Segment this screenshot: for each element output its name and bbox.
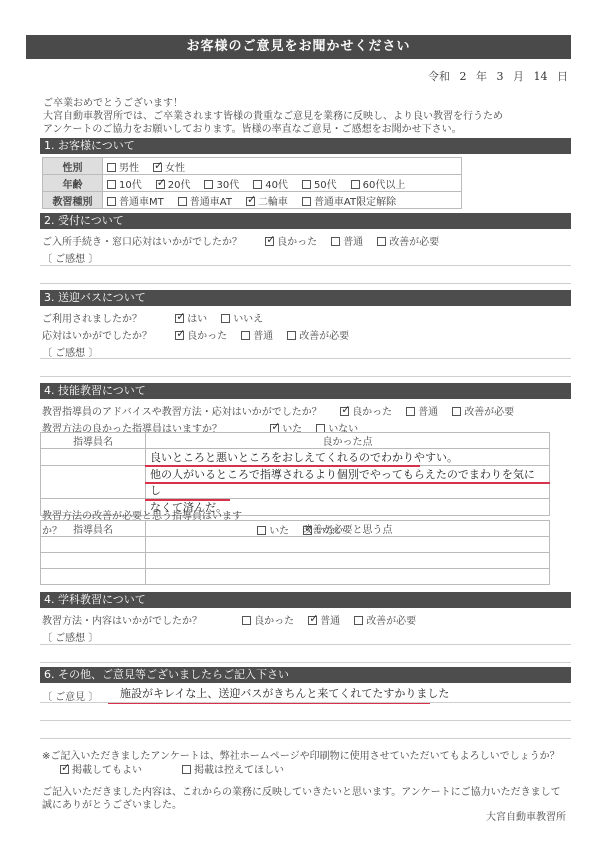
instructor-name-cell[interactable] [41, 449, 146, 466]
checkbox-option[interactable]: 40代 [253, 176, 288, 191]
unchecked-box-icon[interactable] [351, 180, 360, 189]
date-month-unit: 月 [513, 70, 524, 83]
reception-question-row: ご入所手続き・窓口応対はいかがでしたか？ 良かった普通改善が必要 [42, 233, 453, 248]
unchecked-box-icon[interactable] [331, 237, 340, 246]
unchecked-box-icon[interactable] [406, 407, 415, 416]
unchecked-box-icon[interactable] [107, 180, 116, 189]
checkbox-label: 10代 [119, 180, 142, 191]
unchecked-box-icon[interactable] [452, 407, 461, 416]
highlight-underline-1 [145, 465, 420, 467]
checkbox-option[interactable]: いいえ [221, 310, 263, 325]
checked-box-icon[interactable] [60, 765, 69, 774]
table-row [41, 553, 550, 569]
unchecked-box-icon[interactable] [302, 180, 311, 189]
improve-point-cell[interactable] [146, 537, 550, 553]
instructor-rating-row: 教習指導員のアドバイスや教習方法・応対はいかがでしたか？ 良かった普通改善が必要 [42, 403, 528, 418]
unchecked-box-icon[interactable] [287, 331, 296, 340]
section-4-header: 4. 技能教習について [40, 383, 571, 399]
bus-comment-label: 〔 ご感想 〕 [42, 344, 98, 359]
unchecked-box-icon[interactable] [182, 765, 191, 774]
checkbox-option[interactable]: 60代以上 [351, 176, 406, 191]
reception-comment-line-2[interactable] [40, 283, 571, 284]
consent-options: 掲載してもよい掲載は控えてほしい [60, 764, 324, 777]
checkbox-option[interactable]: 改善が必要 [377, 233, 439, 248]
unchecked-box-icon[interactable] [377, 237, 386, 246]
reception-comment-label: 〔 ご感想 〕 [42, 250, 98, 265]
consent-question: ※ご記入いただきましたアンケートは、弊社ホームページや印刷物に使用させていただい… [42, 750, 560, 763]
date-year-unit: 年 [476, 70, 487, 83]
checkbox-option[interactable]: 50代 [302, 176, 337, 191]
instructor-name-cell[interactable] [41, 466, 146, 499]
unchecked-box-icon[interactable] [204, 180, 213, 189]
unchecked-box-icon[interactable] [302, 197, 311, 206]
gender-label: 性別 [43, 158, 103, 175]
improve-point-cell[interactable] [146, 569, 550, 585]
checkbox-label: 改善が必要 [389, 237, 439, 248]
gender-options: 男性女性 [103, 158, 462, 175]
instructor-name-header: 指導員名 [41, 433, 146, 449]
checkbox-option[interactable]: 改善が必要 [452, 403, 514, 418]
checkbox-label: 普通 [320, 616, 340, 627]
checkbox-label: はい [187, 314, 207, 325]
checkbox-option[interactable]: 良かった [242, 612, 294, 627]
improve-point-cell[interactable] [146, 553, 550, 569]
good-points-header: 指導員名 良かった点 [41, 433, 550, 449]
checkbox-option[interactable]: 良かった [265, 233, 317, 248]
course-type-label: 教習種別 [43, 192, 103, 209]
checked-box-icon[interactable] [265, 237, 274, 246]
checked-box-icon[interactable] [175, 314, 184, 323]
school-signature: 大宮自動車教習所 [0, 811, 566, 824]
unchecked-box-icon[interactable] [107, 163, 116, 172]
bus-service-options: 良かった普通改善が必要 [175, 331, 363, 342]
checkbox-option[interactable]: 改善が必要 [354, 612, 416, 627]
unchecked-box-icon[interactable] [242, 616, 251, 625]
section-3-header: 3. 送迎バスについて [40, 290, 571, 306]
instructor-name-header: 指導員名 [41, 521, 146, 537]
unchecked-box-icon[interactable] [253, 180, 262, 189]
improve-points-table: 指導員名 改善が必要と思う点 [40, 520, 550, 585]
checkbox-label: 普通 [418, 407, 438, 418]
checkbox-option[interactable]: 掲載は控えてほしい [182, 764, 284, 777]
table-row: 良いところと悪いところをおしえてくれるのでわかりやすい。 [41, 449, 550, 466]
instructor-rating-options: 良かった普通改善が必要 [340, 407, 528, 418]
checkbox-option[interactable]: 10代 [107, 176, 142, 191]
customer-info-table: 性別 男性女性 年齢 10代20代30代40代50代60代以上 教習種別 普通車… [42, 157, 462, 209]
good-points-table: 指導員名 良かった点 良いところと悪いところをおしえてくれるのでわかりやすい。 … [40, 432, 550, 516]
classroom-options: 良かった普通改善が必要 [242, 616, 430, 627]
opinion-line-3[interactable] [40, 738, 571, 739]
good-points-header-cell: 良かった点 [146, 433, 550, 449]
checkbox-option[interactable]: 男性 [107, 159, 139, 174]
bus-usage-options: はいいいえ [175, 314, 277, 325]
table-row [41, 569, 550, 585]
reception-comment-line-1[interactable] [40, 265, 571, 266]
age-row: 年齢 10代20代30代40代50代60代以上 [43, 175, 462, 192]
checkbox-option[interactable]: 女性 [153, 159, 185, 174]
unchecked-box-icon[interactable] [107, 197, 116, 206]
classroom-comment-line-2[interactable] [40, 662, 571, 663]
highlight-underline-2 [145, 482, 550, 484]
checkbox-label: 50代 [314, 180, 337, 191]
checkbox-label: 良かった [254, 616, 294, 627]
instructor-rating-question: 教習指導員のアドバイスや教習方法・応対はいかがでしたか？ [42, 403, 337, 418]
instructor-name-cell[interactable] [41, 553, 146, 569]
date-month[interactable]: 3 [497, 70, 504, 83]
checkbox-option[interactable]: 二輪車 [246, 193, 288, 208]
checked-box-icon[interactable] [153, 163, 162, 172]
checkbox-label: 普通 [343, 237, 363, 248]
section-1-header: 1. お客様について [40, 138, 571, 154]
checkbox-option[interactable]: 良かった [175, 327, 227, 342]
checkbox-label: 30代 [216, 180, 239, 191]
checkbox-label: 改善が必要 [464, 407, 514, 418]
reception-options: 良かった普通改善が必要 [265, 237, 453, 248]
gender-row: 性別 男性女性 [43, 158, 462, 175]
bus-comment-line-2[interactable] [40, 376, 571, 377]
checkbox-label: 改善が必要 [299, 331, 349, 342]
checkbox-label: 改善が必要 [366, 616, 416, 627]
instructor-name-cell[interactable] [41, 537, 146, 553]
checked-box-icon[interactable] [340, 407, 349, 416]
checkbox-option[interactable]: 掲載してもよい [60, 764, 142, 777]
date-day[interactable]: 14 [534, 70, 548, 83]
checkbox-label: いいえ [233, 314, 263, 325]
checkbox-option[interactable]: 普通車AT限定解除 [302, 193, 396, 208]
checkbox-label: 女性 [165, 163, 185, 174]
bus-service-row: 応対はいかがでしたか？ 良かった普通改善が必要 [42, 327, 363, 342]
checkbox-label: 普通車AT限定解除 [314, 197, 396, 208]
form-title: お客様のご意見をお聞かせください [26, 35, 571, 59]
date-era: 令和 [428, 70, 450, 83]
bus-comment-line-1[interactable] [40, 358, 571, 359]
closing-line-1: ご記入いただきました内容は、これからの業務に反映していきたいと思います。アンケー… [42, 786, 561, 799]
checkbox-option[interactable]: 普通 [308, 612, 340, 627]
checkbox-label: 二輪車 [258, 197, 288, 208]
checkbox-option[interactable]: はい [175, 310, 207, 325]
checkbox-label: 普通車AT [190, 197, 232, 208]
date-line: 令和 2 年 3 月 14 日 [0, 68, 568, 84]
opinion-line-2[interactable] [40, 720, 571, 721]
checkbox-option[interactable]: 普通車MT [107, 193, 164, 208]
age-label: 年齢 [43, 175, 103, 192]
checked-box-icon[interactable] [175, 331, 184, 340]
checked-box-icon[interactable] [308, 616, 317, 625]
table-row [41, 537, 550, 553]
classroom-question: 教習方法・内容はいかがでしたか？ [42, 612, 239, 627]
checkbox-option[interactable]: 20代 [156, 176, 191, 191]
section-2-header: 2. 受付について [40, 213, 571, 229]
unchecked-box-icon[interactable] [354, 616, 363, 625]
checkbox-label: 40代 [265, 180, 288, 191]
closing-text: ご記入いただきました内容は、これからの業務に反映していきたいと思います。アンケー… [42, 786, 561, 812]
checkbox-option[interactable]: 普通車AT [178, 193, 232, 208]
age-options: 10代20代30代40代50代60代以上 [103, 175, 462, 192]
classroom-comment-label: 〔 ご感想 〕 [42, 629, 98, 644]
opinion-comment-label: 〔 ご意見 〕 [42, 688, 98, 703]
checkbox-label: 掲載してもよい [72, 765, 142, 776]
intro-line-1: ご卒業おめでとうございます！ [43, 97, 503, 110]
bus-usage-question: ご利用されましたか？ [42, 310, 172, 325]
unchecked-box-icon[interactable] [178, 197, 187, 206]
date-year[interactable]: 2 [460, 70, 467, 83]
intro-line-3: アンケートのご協力をお願いしております。皆様の率直なご意見・ご感想をお聞かせ下さ… [43, 123, 503, 136]
section-5-header: 4. 学科教習について [40, 592, 571, 608]
intro-text: ご卒業おめでとうございます！ 大宮自動車教習所では、ご卒業されます皆様の貴重なご… [43, 97, 503, 136]
checkbox-label: 60代以上 [363, 180, 406, 191]
improve-points-header: 指導員名 改善が必要と思う点 [41, 521, 550, 537]
section-6-header: 6. その他、ご意見等ございましたらご記入下さい [40, 667, 571, 683]
course-type-options: 普通車MT普通車AT二輪車普通車AT限定解除 [103, 192, 462, 209]
highlight-underline-3 [145, 499, 230, 501]
checkbox-option[interactable]: 30代 [204, 176, 239, 191]
checkbox-label: 良かった [352, 407, 392, 418]
checked-box-icon[interactable] [156, 180, 165, 189]
checkbox-label: 普通車MT [119, 197, 164, 208]
unchecked-box-icon[interactable] [241, 331, 250, 340]
course-type-row: 教習種別 普通車MT普通車AT二輪車普通車AT限定解除 [43, 192, 462, 209]
unchecked-box-icon[interactable] [221, 314, 230, 323]
checked-box-icon[interactable] [246, 197, 255, 206]
checkbox-option[interactable]: 良かった [340, 403, 392, 418]
checkbox-option[interactable]: 普通 [241, 327, 273, 342]
intro-line-2: 大宮自動車教習所では、ご卒業されます皆様の貴重なご意見を業務に反映し、より良い教… [43, 110, 503, 123]
checkbox-label: 良かった [187, 331, 227, 342]
checkbox-option[interactable]: 改善が必要 [287, 327, 349, 342]
classroom-question-row: 教習方法・内容はいかがでしたか？ 良かった普通改善が必要 [42, 612, 430, 627]
checkbox-option[interactable]: 普通 [331, 233, 363, 248]
opinion-comment-text[interactable]: 施設がキレイな上、送迎バスがきちんと来てくれてたすかりました [120, 685, 449, 701]
checkbox-label: 20代 [168, 180, 191, 191]
checkbox-label: 掲載は控えてほしい [194, 765, 284, 776]
checkbox-label: 普通 [253, 331, 273, 342]
instructor-name-cell[interactable] [41, 569, 146, 585]
checkbox-option[interactable]: 普通 [406, 403, 438, 418]
opinion-line-1[interactable] [40, 702, 571, 703]
improve-points-header-cell: 改善が必要と思う点 [146, 521, 550, 537]
good-point-cell[interactable]: 良いところと悪いところをおしえてくれるのでわかりやすい。 [146, 449, 550, 466]
checkbox-label: 良かった [277, 237, 317, 248]
date-day-unit: 日 [557, 70, 568, 83]
classroom-comment-line-1[interactable] [40, 644, 571, 645]
reception-question: ご入所手続き・窓口応対はいかがでしたか？ [42, 233, 262, 248]
checkbox-label: 男性 [119, 163, 139, 174]
bus-service-question: 応対はいかがでしたか？ [42, 327, 172, 342]
bus-usage-row: ご利用されましたか？ はいいいえ [42, 310, 277, 325]
